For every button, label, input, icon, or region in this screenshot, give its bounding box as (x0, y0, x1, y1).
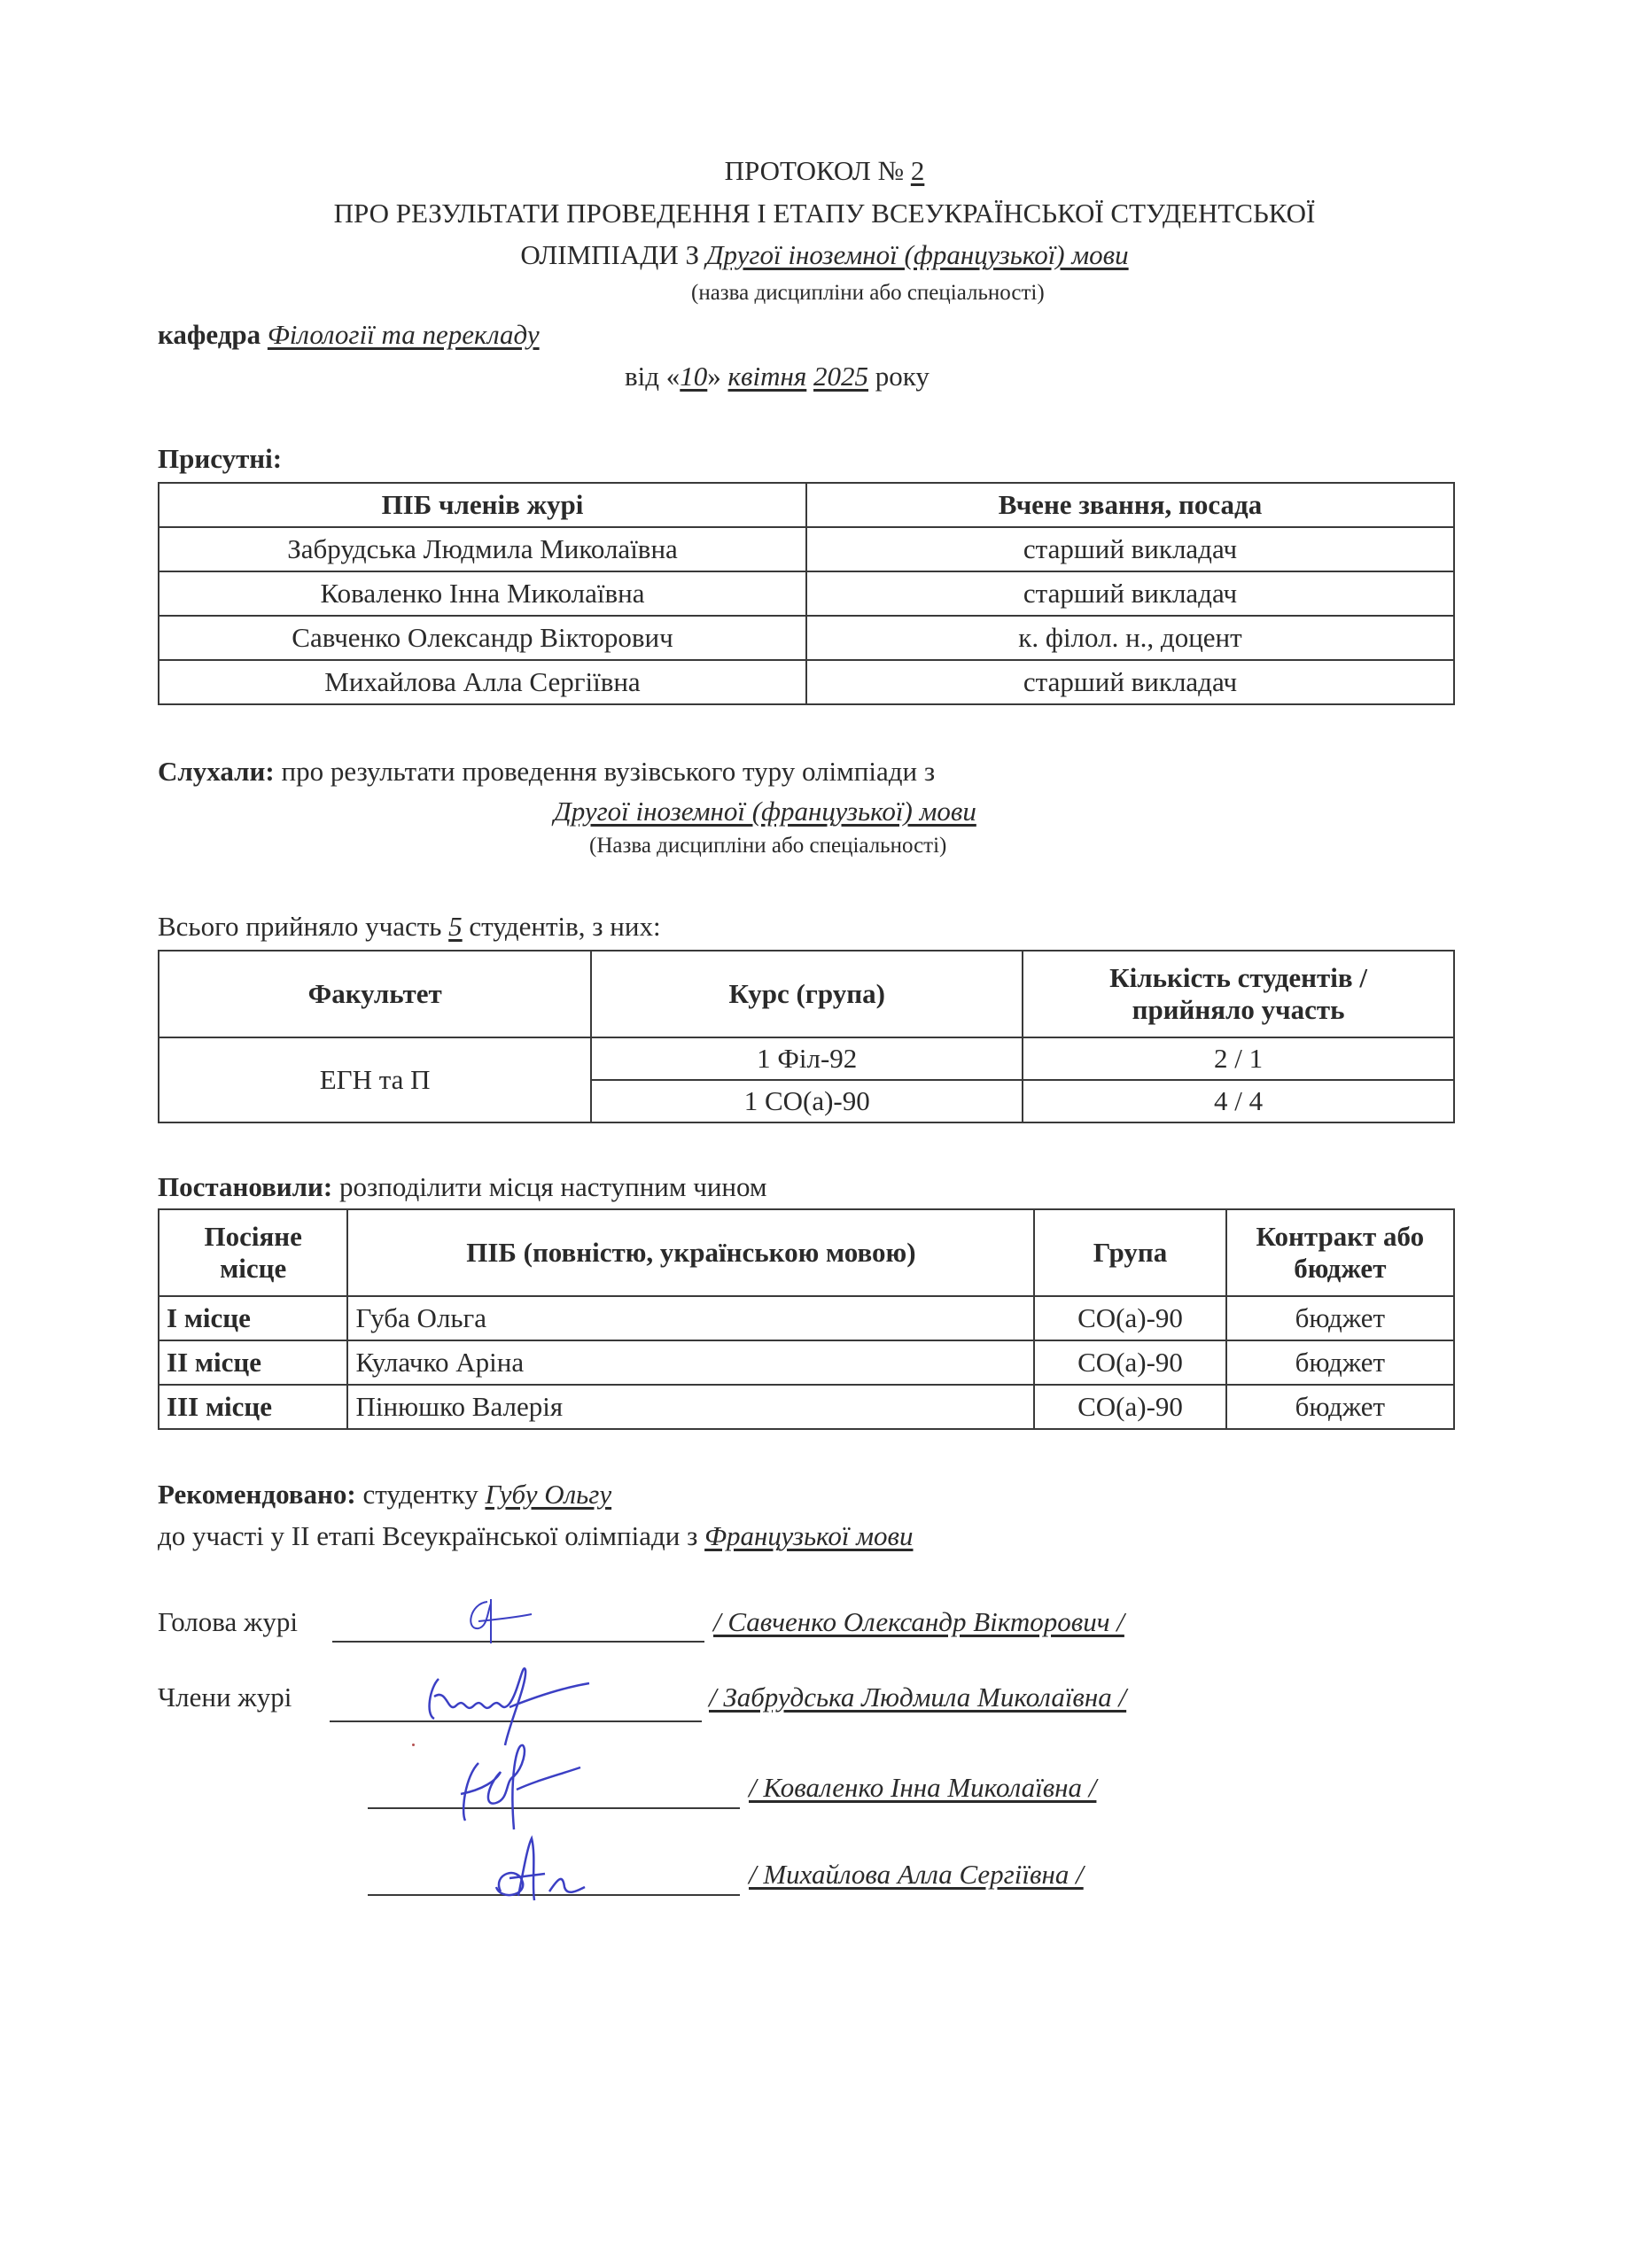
protocol-date: від «10» квітня 2025 року (625, 361, 930, 392)
column-header: Вчене звання, посада (806, 483, 1454, 527)
count-cell: 4 / 4 (1023, 1080, 1454, 1122)
table-row: І місце Губа Ольга СО(а)-90 бюджет (159, 1296, 1454, 1340)
table-row: ІІІ місце Пінюшко Валерія СО(а)-90 бюдже… (159, 1385, 1454, 1429)
heard-text: про результати проведення вузівського ту… (275, 756, 935, 787)
student-name-cell: Губа Ольга (347, 1296, 1034, 1340)
recommended-student: Губу Ольгу (485, 1479, 611, 1510)
student-name-cell: Кулачко Аріна (347, 1340, 1034, 1385)
table-row: Забрудська Людмила Миколаївна старший ви… (159, 527, 1454, 571)
ink-speck (412, 1744, 415, 1746)
recommended-subject: Французької мови (704, 1520, 913, 1551)
places-table: Посіяне місце ПІБ (повністю, українською… (158, 1208, 1455, 1430)
signature-icon (447, 1741, 589, 1838)
date-prefix: від « (625, 361, 680, 392)
jury-table: ПІБ членів журі Вчене звання, посада Заб… (158, 482, 1455, 705)
participation-total: 5 (448, 911, 463, 942)
jury-table-header: ПІБ членів журі Вчене звання, посада (159, 483, 1454, 527)
heard-discipline: Другої іноземної (французької) мови (554, 796, 976, 827)
department-label: кафедра (158, 319, 261, 350)
jury-name: Коваленко Інна Миколаївна (159, 571, 806, 616)
column-header: Кількість студентів / прийняло участь (1023, 951, 1454, 1037)
group-cell: 1 СО(а)-90 (591, 1080, 1023, 1122)
jury-name: Забрудська Людмила Миколаївна (159, 527, 806, 571)
place-cell: І місце (159, 1296, 347, 1340)
title-prefix: ПРОТОКОЛ № (725, 155, 911, 186)
date-month: квітня (728, 361, 807, 392)
places-table-header: Посіяне місце ПІБ (повністю, українською… (159, 1209, 1454, 1296)
recommended-line-2-prefix: до участі у ІІ етапі Всеукраїнської олім… (158, 1520, 704, 1551)
date-mid: » (707, 361, 727, 392)
funding-cell: бюджет (1226, 1296, 1454, 1340)
group-cell: 1 Філ-92 (591, 1037, 1023, 1080)
faculty-cell: ЕГН та П (159, 1037, 591, 1122)
title-line-3-prefix: ОЛІМПІАДИ З (520, 239, 705, 270)
group-cell: СО(а)-90 (1034, 1385, 1225, 1429)
jury-name: Михайлова Алла Сергіївна (159, 660, 806, 704)
protocol-title: ПРОТОКОЛ № 2 (0, 155, 1649, 187)
discipline-note: (назва дисципліни або спеціальності) (691, 281, 1045, 306)
participation-table-header: Факультет Курс (група) Кількість студент… (159, 951, 1454, 1037)
decided-label: Постановили: (158, 1171, 332, 1202)
participation-line: Всього прийняло участь 5 студентів, з ни… (158, 911, 661, 943)
place-cell: ІІІ місце (159, 1385, 347, 1429)
title-line-3: ОЛІМПІАДИ З Другої іноземної (французько… (0, 239, 1649, 271)
signature-icon (461, 1595, 558, 1648)
decided-text: розподілити місця наступним чином (332, 1171, 766, 1202)
present-label: Присутні: (158, 443, 282, 475)
jury-position: старший викладач (806, 527, 1454, 571)
place-cell: ІІ місце (159, 1340, 347, 1385)
funding-cell: бюджет (1226, 1385, 1454, 1429)
table-row: Савченко Олександр Вікторович к. філол. … (159, 616, 1454, 660)
column-header: ПІБ членів журі (159, 483, 806, 527)
participation-suffix: студентів, з них: (463, 911, 661, 942)
date-suffix: року (868, 361, 930, 392)
participation-table: Факультет Курс (група) Кількість студент… (158, 950, 1455, 1123)
student-name-cell: Пінюшко Валерія (347, 1385, 1034, 1429)
member-signature (483, 1829, 607, 1916)
heard-discipline-note: (Назва дисципліни або спеціальності) (589, 834, 946, 858)
chair-name: / Савченко Олександр Вікторович / (713, 1606, 1124, 1638)
signature-icon (483, 1829, 607, 1909)
column-header: Курс (група) (591, 951, 1023, 1037)
group-cell: СО(а)-90 (1034, 1296, 1225, 1340)
discipline-name: Другої іноземної (французької) мови (706, 239, 1129, 270)
table-row: Коваленко Інна Миколаївна старший виклад… (159, 571, 1454, 616)
date-year: 2025 (813, 361, 868, 392)
recommended-line: Рекомендовано: студентку Губу Ольгу (158, 1479, 611, 1511)
column-header: Посіяне місце (159, 1209, 347, 1296)
signature-icon (421, 1652, 598, 1750)
chair-label: Голова журі (158, 1606, 298, 1638)
heard-line: Слухали: про результати проведення вузів… (158, 756, 935, 788)
protocol-number: 2 (911, 155, 925, 186)
recommended-label: Рекомендовано: (158, 1479, 356, 1510)
chair-signature (461, 1595, 558, 1655)
department-name: Філології та перекладу (268, 319, 540, 350)
group-cell: СО(а)-90 (1034, 1340, 1225, 1385)
column-header: Контракт або бюджет (1226, 1209, 1454, 1296)
count-cell: 2 / 1 (1023, 1037, 1454, 1080)
members-label: Члени журі (158, 1682, 292, 1713)
member-name: / Забрудська Людмила Миколаївна / (709, 1682, 1126, 1713)
table-row: ІІ місце Кулачко Аріна СО(а)-90 бюджет (159, 1340, 1454, 1385)
table-row: ЕГН та П 1 Філ-92 2 / 1 (159, 1037, 1454, 1080)
funding-cell: бюджет (1226, 1340, 1454, 1385)
jury-position: старший викладач (806, 571, 1454, 616)
recommended-line-2: до участі у ІІ етапі Всеукраїнської олім… (158, 1520, 914, 1552)
decided-line: Постановили: розподілити місця наступним… (158, 1171, 767, 1203)
date-day: 10 (680, 361, 707, 392)
participation-prefix: Всього прийняло участь (158, 911, 448, 942)
recommended-text: студентку (356, 1479, 486, 1510)
jury-position: старший викладач (806, 660, 1454, 704)
table-row: Михайлова Алла Сергіївна старший виклада… (159, 660, 1454, 704)
jury-position: к. філол. н., доцент (806, 616, 1454, 660)
column-header: Факультет (159, 951, 591, 1037)
column-header: ПІБ (повністю, українською мовою) (347, 1209, 1034, 1296)
department-line: кафедра Філології та перекладу (158, 319, 540, 351)
jury-name: Савченко Олександр Вікторович (159, 616, 806, 660)
heard-label: Слухали: (158, 756, 275, 787)
member-name: / Михайлова Алла Сергіївна / (749, 1859, 1084, 1891)
title-line-2: ПРО РЕЗУЛЬТАТИ ПРОВЕДЕННЯ І ЕТАПУ ВСЕУКР… (0, 198, 1649, 229)
member-name: / Коваленко Інна Миколаївна / (749, 1772, 1096, 1804)
column-header: Група (1034, 1209, 1225, 1296)
